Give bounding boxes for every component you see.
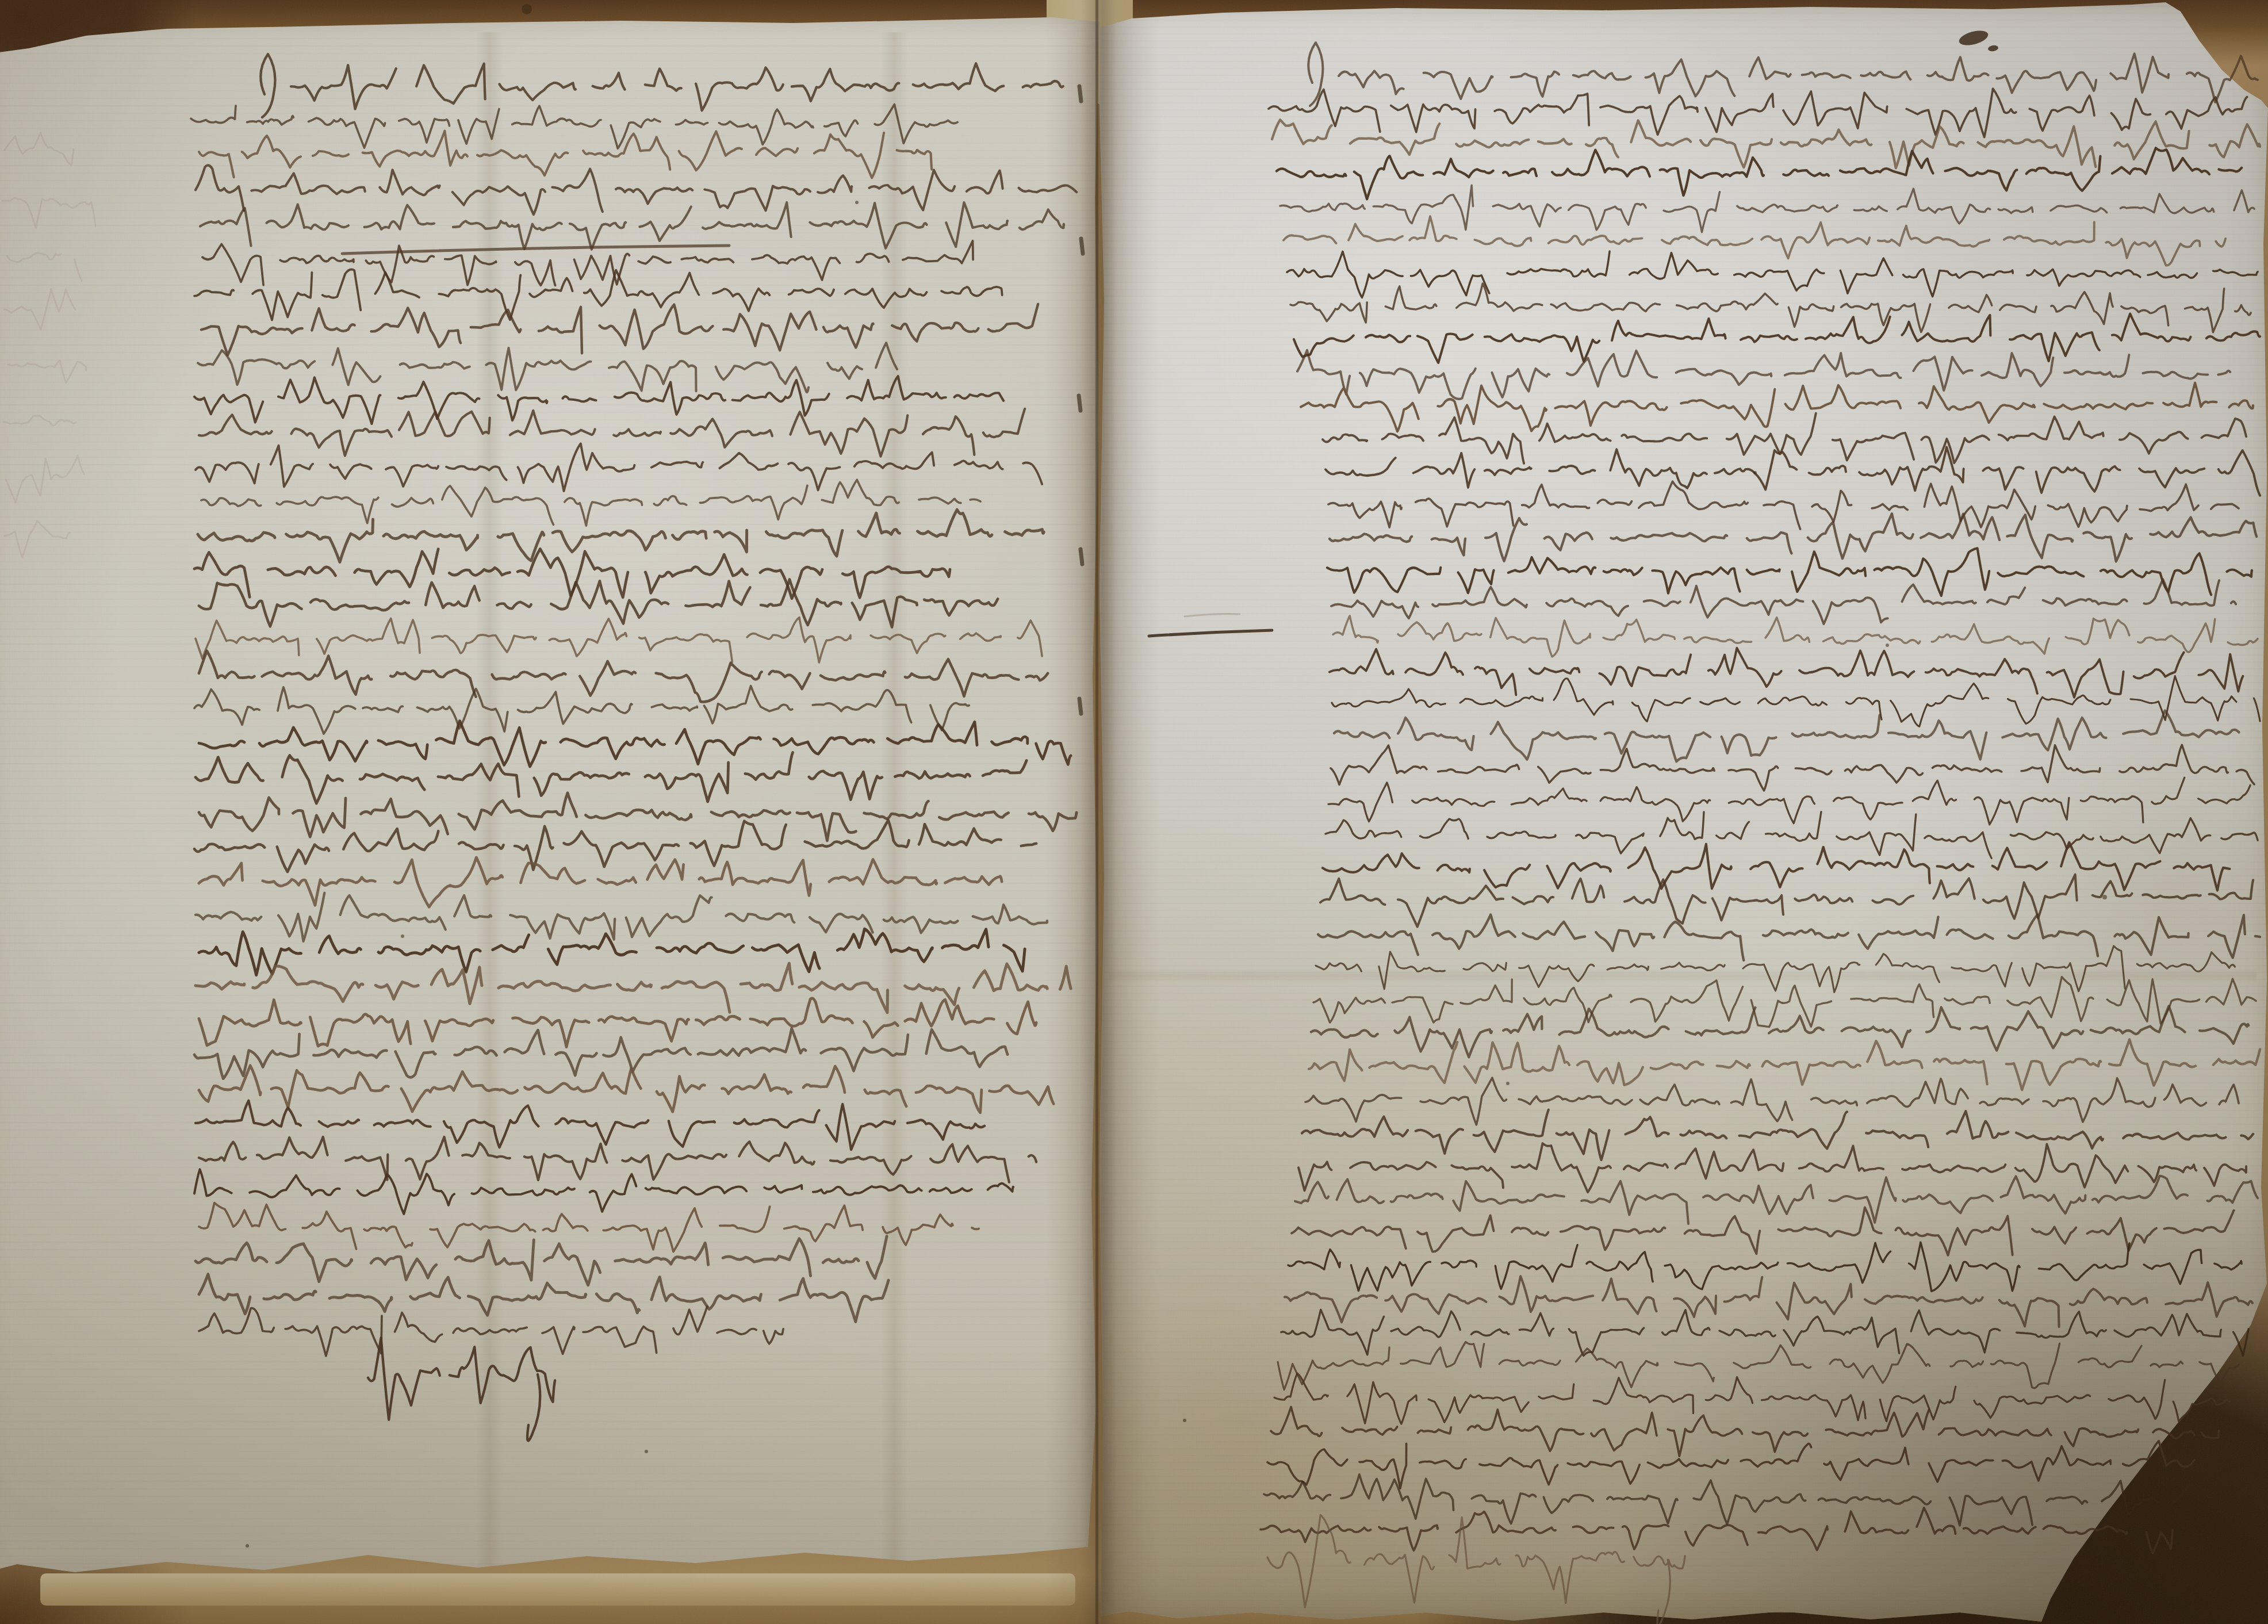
right-page-handwriting-line	[1261, 1508, 2173, 1553]
right-page-handwriting-line	[1294, 314, 2260, 363]
paper-speck	[1183, 1419, 1186, 1422]
right-page-handwriting-line	[1298, 1143, 2246, 1192]
right-page-handwriting-line	[1267, 1441, 2194, 1489]
paper-speck	[1886, 644, 1889, 647]
right-page-handwriting-line	[1333, 616, 2258, 657]
manuscript-photo: Photograph of an open bound register sho…	[0, 0, 2268, 1624]
left-page-handwriting-line	[198, 510, 1044, 562]
left-page-handwriting-line	[199, 721, 1071, 767]
paper-speck	[645, 1450, 648, 1453]
left-page-ghost-line	[2, 198, 95, 228]
right-page-handwriting-line	[1323, 842, 2229, 891]
right-page-handwriting-line	[1292, 1208, 2234, 1255]
right-page-handwriting-line	[1295, 1176, 2258, 1224]
right-page-handwriting-line	[1297, 350, 2230, 399]
left-page-handwriting-line	[199, 579, 998, 627]
left-page-handwriting-line	[199, 409, 1025, 457]
right-page-handwriting-line	[1269, 89, 2247, 137]
left-page-handwriting-line	[191, 105, 957, 149]
right-page-handwriting-line	[1328, 481, 2239, 529]
left-page-ghost-line	[5, 521, 70, 558]
left-page-handwriting-line	[260, 54, 1063, 117]
right-page-handwriting-line	[1278, 1342, 2239, 1390]
right-page-handwriting-line	[1308, 43, 2258, 106]
right-page-ink-blot	[1987, 45, 1998, 52]
right-page-margin-dash-faint	[1185, 614, 1240, 617]
right-page-handwriting-line	[1284, 216, 2225, 265]
right-page-handwriting-line	[1311, 1006, 2248, 1058]
right-page-handwriting-line	[1301, 383, 2253, 432]
left-page-ghost-line	[3, 416, 76, 426]
right-page-handwriting-line	[1290, 284, 2251, 332]
left-page-handwriting-line	[199, 998, 1036, 1047]
right-page-handwriting-line	[1332, 676, 2260, 727]
right-page-handwriting-line	[1271, 1407, 2219, 1457]
right-page-handwriting-line	[1330, 648, 2243, 698]
right-page-handwriting-line	[1331, 745, 2254, 791]
right-page-handwriting-line	[1318, 914, 2260, 960]
left-page-handwriting-line	[196, 1101, 984, 1150]
left-page-handwriting-line	[368, 1338, 555, 1441]
left-page-handwriting-line	[196, 893, 1047, 941]
right-page-handwriting-line	[1264, 1474, 2190, 1526]
left-page-ghost-line	[8, 361, 86, 383]
right-page-handwriting-line	[1320, 875, 2253, 927]
binding-stitch	[1079, 699, 1081, 714]
binding-stitch	[1081, 549, 1082, 564]
left-page-handwriting-line	[199, 1137, 1036, 1182]
left-page-handwriting-line	[199, 793, 1076, 841]
left-page-handwriting-line	[196, 753, 1026, 804]
left-page-handwriting-line	[199, 1307, 783, 1356]
paper-speck	[1753, 471, 1757, 474]
left-page-handwriting-line	[196, 443, 1042, 491]
right-page-handwriting-line	[1327, 548, 2252, 596]
left-page-ghost-line	[6, 456, 84, 503]
right-page-handwriting-line	[1285, 1276, 2252, 1327]
left-page-ghost-line	[5, 133, 74, 166]
binding-stitch	[1081, 239, 1083, 254]
right-page-margin-dash	[1149, 630, 1272, 636]
left-page-handwriting-line	[196, 1236, 887, 1285]
right-page-handwriting-line	[1331, 579, 2236, 624]
right-page-handwriting-line	[1267, 1515, 1685, 1624]
paper-speck	[522, 4, 532, 14]
right-page-handwriting-line	[1277, 148, 2242, 199]
left-page-handwriting-line	[201, 304, 1038, 355]
left-page-ghost-line	[7, 253, 82, 281]
right-page-handwriting-line	[1280, 185, 2254, 232]
left-page-handwriting-line	[199, 1066, 1053, 1113]
left-page-handwriting-line	[199, 1274, 888, 1322]
paper-speck	[855, 201, 859, 204]
left-page-handwriting-line	[196, 165, 1076, 215]
left-page-handwriting-line	[199, 857, 1002, 907]
right-page-handwriting-line	[1281, 1309, 2248, 1355]
paper-speck	[1506, 1082, 1510, 1085]
left-page-handwriting-line	[194, 1169, 1013, 1214]
right-page-handwriting-line	[1302, 1110, 2253, 1160]
paper-speck	[246, 1544, 249, 1548]
left-page-handwriting-line	[198, 343, 897, 392]
left-page-handwriting-line	[199, 131, 932, 178]
handwriting-layer	[0, 0, 2268, 1624]
left-page-ghost-line	[5, 289, 75, 330]
right-page-handwriting-line	[1313, 977, 2256, 1027]
left-page-handwriting-line	[201, 480, 980, 526]
right-page-handwriting-line	[1272, 120, 2260, 168]
right-page-handwriting-line	[1328, 777, 2250, 825]
right-page-handwriting-line	[1334, 711, 2239, 762]
binding-stitch	[1079, 396, 1081, 411]
left-page-handwriting-line	[194, 270, 1002, 320]
right-page-handwriting-line	[1274, 1373, 2230, 1424]
paper-speck	[401, 934, 404, 938]
left-page-handwriting-line	[196, 618, 1042, 662]
paper-speck	[2102, 895, 2107, 899]
binding-stitch	[1079, 86, 1081, 101]
left-page-handwriting-line	[194, 686, 969, 734]
left-page-handwriting-line	[199, 1203, 979, 1252]
left-page-handwriting-line	[199, 651, 1048, 702]
right-page-handwriting-line	[1305, 1078, 2239, 1125]
right-page-handwriting-line	[1287, 251, 2258, 298]
left-page-handwriting-line	[200, 202, 1064, 250]
right-page-handwriting-line	[1325, 447, 2260, 495]
right-page-ink-blot	[1957, 28, 1990, 48]
left-page-handwriting-line	[194, 376, 1003, 424]
